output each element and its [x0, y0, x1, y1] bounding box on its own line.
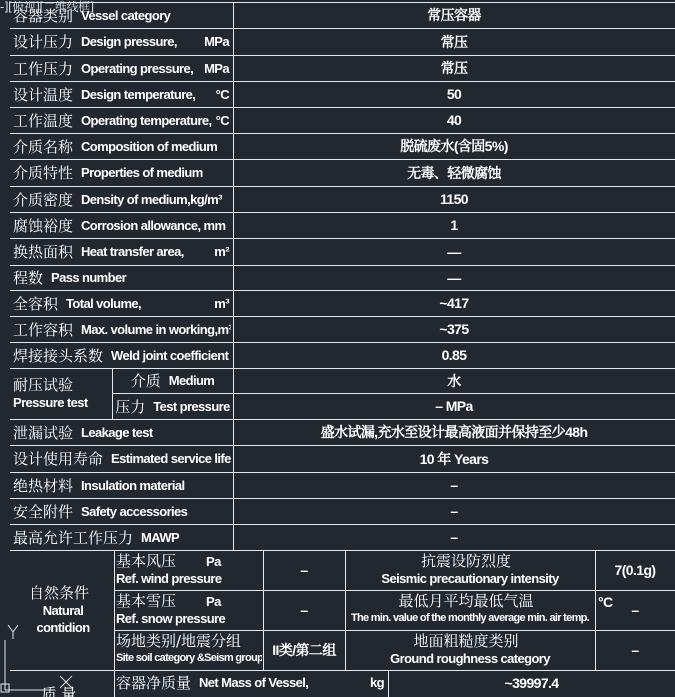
label-cn: 介质特性	[13, 162, 73, 183]
label-cn: 基本风压	[116, 552, 176, 570]
value: 50	[447, 86, 461, 102]
row-value: ~417	[233, 290, 675, 316]
row-label: 设计温度Design temperature,°C	[13, 81, 231, 107]
medium-value: 水	[233, 368, 675, 393]
row-value: 10 年 Years	[233, 445, 675, 472]
value: –	[450, 477, 457, 493]
row-label: 设计使用寿命Estimated service life	[13, 445, 231, 472]
test-pressure-label: 压力Test pressure	[114, 393, 231, 419]
value: 10 年 Years	[420, 449, 489, 469]
viewport-label[interactable]: -][俯视][二维线框]	[0, 0, 94, 15]
label-en: Test pressure	[153, 399, 230, 414]
value: 水	[447, 371, 460, 391]
label-cn: 工作温度	[13, 110, 73, 131]
row-value: –	[233, 524, 675, 550]
row-label: 介质特性Properties of medium	[13, 159, 231, 186]
unit: m³	[217, 322, 231, 337]
label-cn: 最高允许工作压力	[13, 527, 133, 548]
label-cn: 介质名称	[13, 136, 73, 157]
label-en: Insulation material	[81, 478, 184, 493]
unit: m³	[214, 296, 231, 311]
unit: °C	[598, 594, 613, 610]
label-cn: 介质	[131, 370, 161, 391]
value: II类/第二组	[272, 640, 335, 660]
label-en: Pressure test	[13, 394, 88, 411]
label-cn: 最低月平均最低气温	[398, 593, 533, 610]
natural-right-value: °C–	[595, 590, 675, 630]
row-label: 安全附件Safety accessories	[13, 498, 231, 524]
row-value: 盛水试漏,充水至设计最高液面并保持至少48h	[233, 419, 675, 445]
label-en: Vessel category	[81, 8, 170, 23]
label-cn: 抗震设防烈度	[421, 553, 511, 570]
net-mass-label: 容器净质量Net Mass of Vessel,kg	[116, 670, 386, 695]
label-cn: 工作压力	[13, 58, 73, 79]
ucs-axis-icon	[0, 620, 90, 697]
natural-item-value: –	[263, 550, 345, 590]
row-value: 常压	[233, 28, 675, 55]
label-en: Heat transfer area,	[81, 244, 184, 259]
value: 脱硫废水(含固5%)	[400, 136, 508, 156]
row-value: 常压	[233, 55, 675, 81]
test-pressure-value: – MPa	[233, 393, 675, 419]
value: —	[447, 270, 460, 286]
row-value: 常压容器	[233, 2, 675, 28]
label-en: Design pressure,	[81, 34, 177, 49]
value: 无毒、轻微腐蚀	[407, 163, 501, 183]
row-label: 介质名称Composition of medium	[13, 133, 231, 159]
label-en: Site soil category &Seism group	[116, 650, 262, 667]
value: –	[450, 529, 457, 545]
unit: Pa	[206, 554, 221, 569]
value: –	[631, 642, 638, 658]
value: —	[447, 244, 460, 260]
label-en: Operating temperature,	[81, 113, 212, 128]
grid-line	[114, 550, 115, 697]
label-cn: 场地类别/地震分组	[116, 632, 241, 650]
value: 7(0.1g)	[615, 562, 656, 578]
label-en: Operating pressure,	[81, 61, 193, 76]
natural-item-label: 场地类别/地震分组Site soil category &Seism group	[116, 630, 262, 670]
label-en: Density of medium,kg/m³	[81, 192, 222, 207]
value: –	[300, 602, 307, 618]
medium-label: 介质Medium	[114, 368, 231, 393]
natural-right-label: 最低月平均最低气温The min. value of the monthly a…	[345, 590, 595, 630]
label-cn: 工作容积	[13, 319, 73, 340]
natural-item-label: 基本风压PaRef. wind pressure	[116, 550, 262, 590]
value: – MPa	[435, 398, 472, 414]
label-en: Ref. wind pressure	[116, 570, 222, 587]
value: 1	[450, 217, 457, 233]
grid-line	[233, 2, 234, 550]
natural-right-value: –	[595, 630, 675, 670]
row-label: 泄漏试验Leakage test	[13, 419, 231, 445]
label-line: 基本雪压Pa	[116, 593, 221, 610]
label-en: Net Mass of Vessel,	[199, 675, 308, 690]
label-en: Weld joint coefficient	[111, 348, 228, 363]
value: 盛水试漏,充水至设计最高液面并保持至少48h	[321, 422, 588, 442]
label-cn: 安全附件	[13, 501, 73, 522]
value: –	[631, 602, 638, 618]
label-en: Properties of medium	[81, 165, 203, 180]
natural-item-value: II类/第二组	[263, 630, 345, 670]
row-value: 1150	[233, 186, 675, 212]
label-en: Safety accessories	[81, 504, 187, 519]
unit: °C	[216, 87, 231, 102]
pressure-test-label: 耐压试验Pressure test	[13, 368, 111, 419]
label-cn: 程数	[13, 267, 43, 288]
label-cn: 压力	[115, 396, 145, 417]
natural-item-value: –	[263, 590, 345, 630]
row-label: 全容积Total volume,m³	[13, 290, 231, 316]
net-mass-value: ~39997.4	[388, 670, 675, 695]
value: ~39997.4	[505, 675, 559, 691]
unit: kg	[370, 675, 386, 690]
label-en: Pass number	[51, 270, 126, 285]
row-label: 腐蚀裕度Corrosion allowance, mm	[13, 212, 231, 238]
label-en: Medium	[169, 373, 215, 388]
row-label: 程数Pass number	[13, 265, 231, 290]
row-label: 工作压力Operating pressure,MPa	[13, 55, 231, 81]
row-value: –	[233, 472, 675, 498]
value: –	[300, 562, 307, 578]
label-en: Ref. snow pressure	[116, 610, 225, 627]
label-cn: 设计压力	[13, 31, 73, 52]
label-en: Total volume,	[66, 296, 141, 311]
unit: MPa	[204, 61, 231, 76]
row-value: —	[233, 238, 675, 265]
value: 常压	[441, 58, 468, 78]
row-label: 绝热材料Insulation material	[13, 472, 231, 498]
label-en: Composition of medium	[81, 139, 217, 154]
value: –	[450, 503, 457, 519]
row-value: 0.85	[233, 342, 675, 368]
natural-right-label: 地面粗糙度类别Ground roughness category	[345, 630, 595, 670]
label-cn: 泄漏试验	[13, 422, 73, 443]
value: ~417	[439, 295, 468, 311]
value: 常压容器	[427, 5, 481, 25]
row-value: 无毒、轻微腐蚀	[233, 159, 675, 186]
row-value: 50	[233, 81, 675, 107]
label-cn: 容器净质量	[116, 672, 191, 693]
label-en: Natural	[43, 602, 84, 619]
label-en: Seismic precautionary intensity	[381, 570, 558, 587]
label-cn: 绝热材料	[13, 475, 73, 496]
label-en: The min. value of the monthly average mi…	[351, 610, 589, 627]
value: 0.85	[442, 347, 467, 363]
label-cn: 自然条件	[29, 585, 89, 602]
row-label: 最高允许工作压力MAWP	[13, 524, 231, 550]
unit: m²	[214, 244, 231, 259]
label-cn: 基本雪压	[116, 592, 176, 610]
natural-right-label: 抗震设防烈度Seismic precautionary intensity	[345, 550, 595, 590]
row-label: 换热面积Heat transfer area,m²	[13, 238, 231, 265]
value: 40	[447, 112, 461, 128]
row-label: 工作容积Max. volume in working,m³	[13, 316, 231, 342]
label-cn: 换热面积	[13, 241, 73, 262]
label-line: 基本风压Pa	[116, 553, 221, 570]
row-label: 介质密度Density of medium,kg/m³	[13, 186, 231, 212]
label-en: Leakage test	[81, 425, 153, 440]
row-value: –	[233, 498, 675, 524]
row-value: 40	[233, 107, 675, 133]
value: ~375	[439, 321, 468, 337]
row-label: 焊接接头系数Weld joint coefficient	[13, 342, 231, 368]
label-en: MAWP	[141, 530, 179, 545]
natural-right-value: 7(0.1g)	[595, 550, 675, 590]
unit: Pa	[206, 594, 221, 609]
label-cn: 设计使用寿命	[13, 448, 103, 469]
label-en: Ground roughness category	[390, 650, 550, 667]
unit: MPa	[204, 34, 231, 49]
label-cn: 腐蚀裕度	[13, 215, 73, 236]
label-en: Corrosion allowance, mm	[81, 218, 225, 233]
label-cn: 设计温度	[13, 84, 73, 105]
label-line: 场地类别/地震分组	[116, 633, 262, 650]
row-value: —	[233, 265, 675, 290]
label-cn: 介质密度	[13, 189, 73, 210]
row-label: 设计压力Design pressure,MPa	[13, 28, 231, 55]
row-value: 1	[233, 212, 675, 238]
label-en: Design temperature,	[81, 87, 195, 102]
label-en: Max. volume in working,	[81, 322, 217, 337]
label-en: Estimated service life	[111, 451, 231, 466]
value: 常压	[441, 32, 468, 52]
unit: °C	[216, 113, 231, 128]
natural-item-label: 基本雪压PaRef. snow pressure	[116, 590, 262, 630]
row-value: ~375	[233, 316, 675, 342]
row-label: 工作温度Operating temperature,°C	[13, 107, 231, 133]
label-cn: 地面粗糙度类别	[413, 633, 518, 650]
grid-line	[112, 368, 113, 419]
row-value: 脱硫废水(含固5%)	[233, 133, 675, 159]
label-cn: 耐压试验	[13, 377, 73, 394]
label-cn: 焊接接头系数	[13, 345, 103, 366]
value: 1150	[440, 191, 468, 207]
label-cn: 全容积	[13, 293, 58, 314]
